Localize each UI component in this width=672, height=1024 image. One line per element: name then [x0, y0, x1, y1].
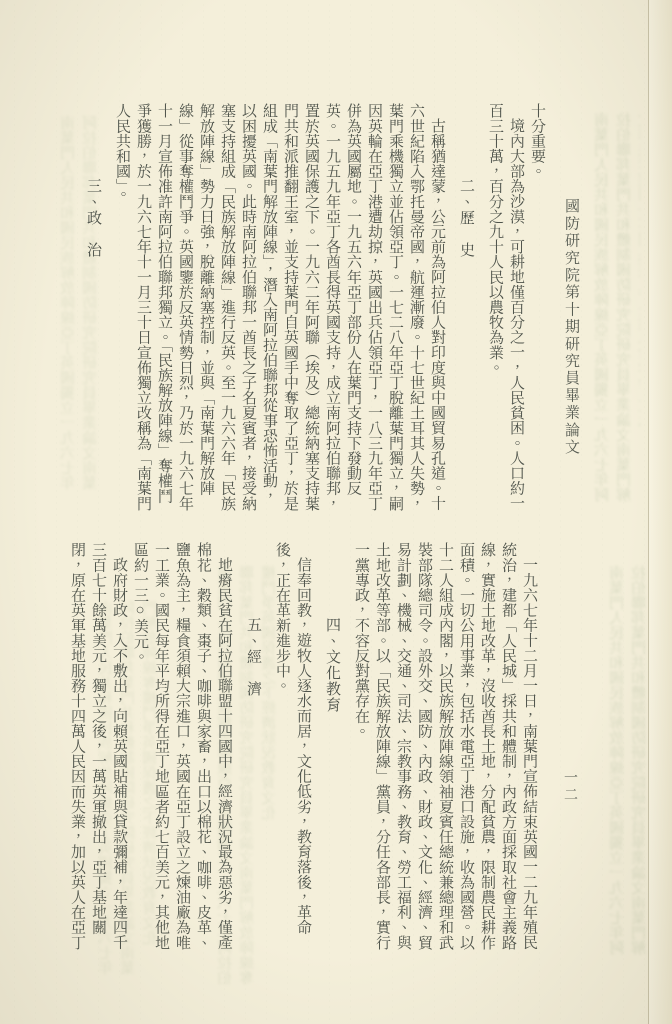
bleedthrough-text: 南葉門人民共和國民族解放陣線亞丁英國獨立一九六七年阿拉伯聯邦葉門共和體制國防研究…	[592, 112, 640, 507]
bleedthrough-text: 南葉門人民共和國民族解放陣線亞丁英國獨立一九六七年阿拉伯聯邦葉門共和體制國防研究…	[607, 565, 651, 955]
paragraph-economy: 地瘠民貧在阿拉伯聯盟十四國中，經濟狀況最為惡劣，僅產棉花、穀類、棗子、咖啡與家畜…	[129, 542, 234, 952]
page-edge-strip	[649, 0, 672, 1024]
section-heading-history: 二、歷 史	[455, 103, 476, 513]
page-number: 一二	[559, 770, 579, 804]
paragraph-government-finance: 政府財政，入不敷出，向賴英國貼補與貸款彌補，年達四千三百七十餘萬美元，獨立之後，…	[66, 542, 129, 952]
lower-text-block: 一九六七年十二月一日，南葉門宣佈結束英國一二九年殖民統治，建都「人民城」採共和體…	[66, 542, 539, 952]
section-heading-politics: 三、政 治	[82, 103, 103, 513]
paragraph-geography-population: 境內大部為沙漠，可耕地僅百分之一，人民貧困。人口約一百三十萬，百分之九十人民以農…	[484, 103, 526, 513]
scanned-document-page: 南葉門人民共和國民族解放陣線亞丁英國獨立一九六七年阿拉伯聯邦葉門共和體制國防研究…	[0, 0, 672, 1024]
paragraph-politics: 一九六七年十二月一日，南葉門宣佈結束英國一二九年殖民統治，建都「人民城」採共和體…	[350, 542, 539, 952]
paragraph-culture-education: 信奉回教，遊牧人逐水而居，文化低劣，教育落後，革命後，正在革新進步中。	[271, 542, 313, 952]
section-heading-culture-education: 四、文化教育	[321, 542, 342, 952]
upper-text-block: 十分重要。 境內大部為沙漠，可耕地僅百分之一，人民貧困。人口約一百三十萬，百分之…	[74, 103, 547, 513]
running-head: 國防研究院第十期研究員畢業論文	[561, 198, 582, 456]
paragraph-history: 古稱猶達蒙，公元前為阿拉伯人對印度與中國貿易孔道。十六世紀陷入鄂托曼帝國，航運漸…	[111, 103, 447, 513]
paragraph-importance-continuation: 十分重要。	[526, 103, 547, 513]
section-heading-economy: 五、經 濟	[242, 542, 263, 952]
